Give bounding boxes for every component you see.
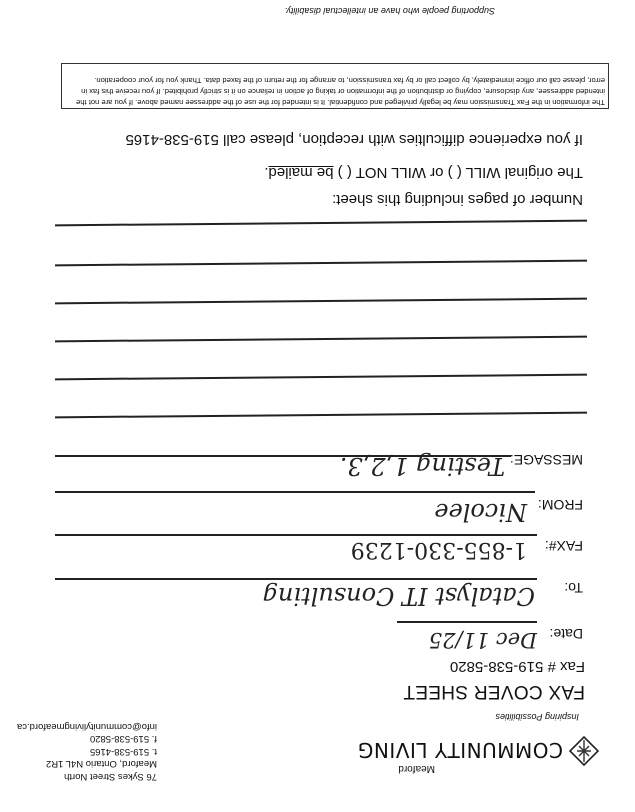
to-line <box>55 579 537 581</box>
address-email: info@communitylivingmeaford.ca <box>17 720 157 733</box>
original-mail-suffix: be mailed <box>268 164 333 181</box>
address-street: 76 Sykes Street North <box>17 770 157 783</box>
address-phone: t. 519-538-4165 <box>17 745 157 758</box>
fax-cover-sheet: COMMUNITY LIVING Meaford Inspiring Possi… <box>0 0 635 812</box>
from-line <box>55 492 535 494</box>
community-living-logo-icon <box>569 736 599 766</box>
message-line-7 <box>55 220 587 226</box>
message-line-5 <box>55 298 587 304</box>
date-value[interactable]: Dec 11/25 <box>429 628 537 652</box>
sender-fax-number: Fax # 519-538-5820 <box>450 658 585 675</box>
message-label: MESSAGE: <box>510 452 583 468</box>
pages-label: Number of pages including this sheet: <box>332 191 583 208</box>
message-line-4 <box>55 336 587 342</box>
from-value[interactable]: Nicolee <box>434 498 527 526</box>
address-city: Meaford, Ontario N4L 1R2 <box>17 757 157 770</box>
message-line-3 <box>55 374 587 380</box>
original-mail-prefix: The original WILL ( ) or WILL NOT ( ) <box>334 164 584 181</box>
message-line-1 <box>55 456 511 458</box>
to-value[interactable]: Catalyst IT Consulting <box>263 582 535 610</box>
message-line-2 <box>55 412 587 418</box>
footer-tagline: Supporting people who have an intellectu… <box>285 6 495 16</box>
tagline: Inspiring Possibilities <box>495 712 579 722</box>
org-name: COMMUNITY LIVING <box>357 738 563 762</box>
original-mail-end: . <box>264 164 268 181</box>
date-label: Date: <box>550 626 583 642</box>
message-line-6 <box>55 260 587 266</box>
to-label: To: <box>564 580 583 596</box>
fax-label: FAX#: <box>545 538 583 554</box>
from-label: FROM: <box>538 497 583 513</box>
org-location: Meaford <box>398 763 435 774</box>
confidentiality-notice: The information in the Fax Transmission … <box>61 63 609 109</box>
address-fax: f. 519-538-5820 <box>17 732 157 745</box>
date-line <box>397 622 537 624</box>
form-title: FAX COVER SHEET <box>403 680 585 702</box>
reception-text: If you experience difficulties with rece… <box>126 131 584 148</box>
fax-line <box>55 535 537 537</box>
address-block: 76 Sykes Street North Meaford, Ontario N… <box>17 720 157 783</box>
original-mail-line: The original WILL ( ) or WILL NOT ( ) be… <box>264 164 583 181</box>
fax-value[interactable]: 1-855-330-1239 <box>351 537 527 562</box>
